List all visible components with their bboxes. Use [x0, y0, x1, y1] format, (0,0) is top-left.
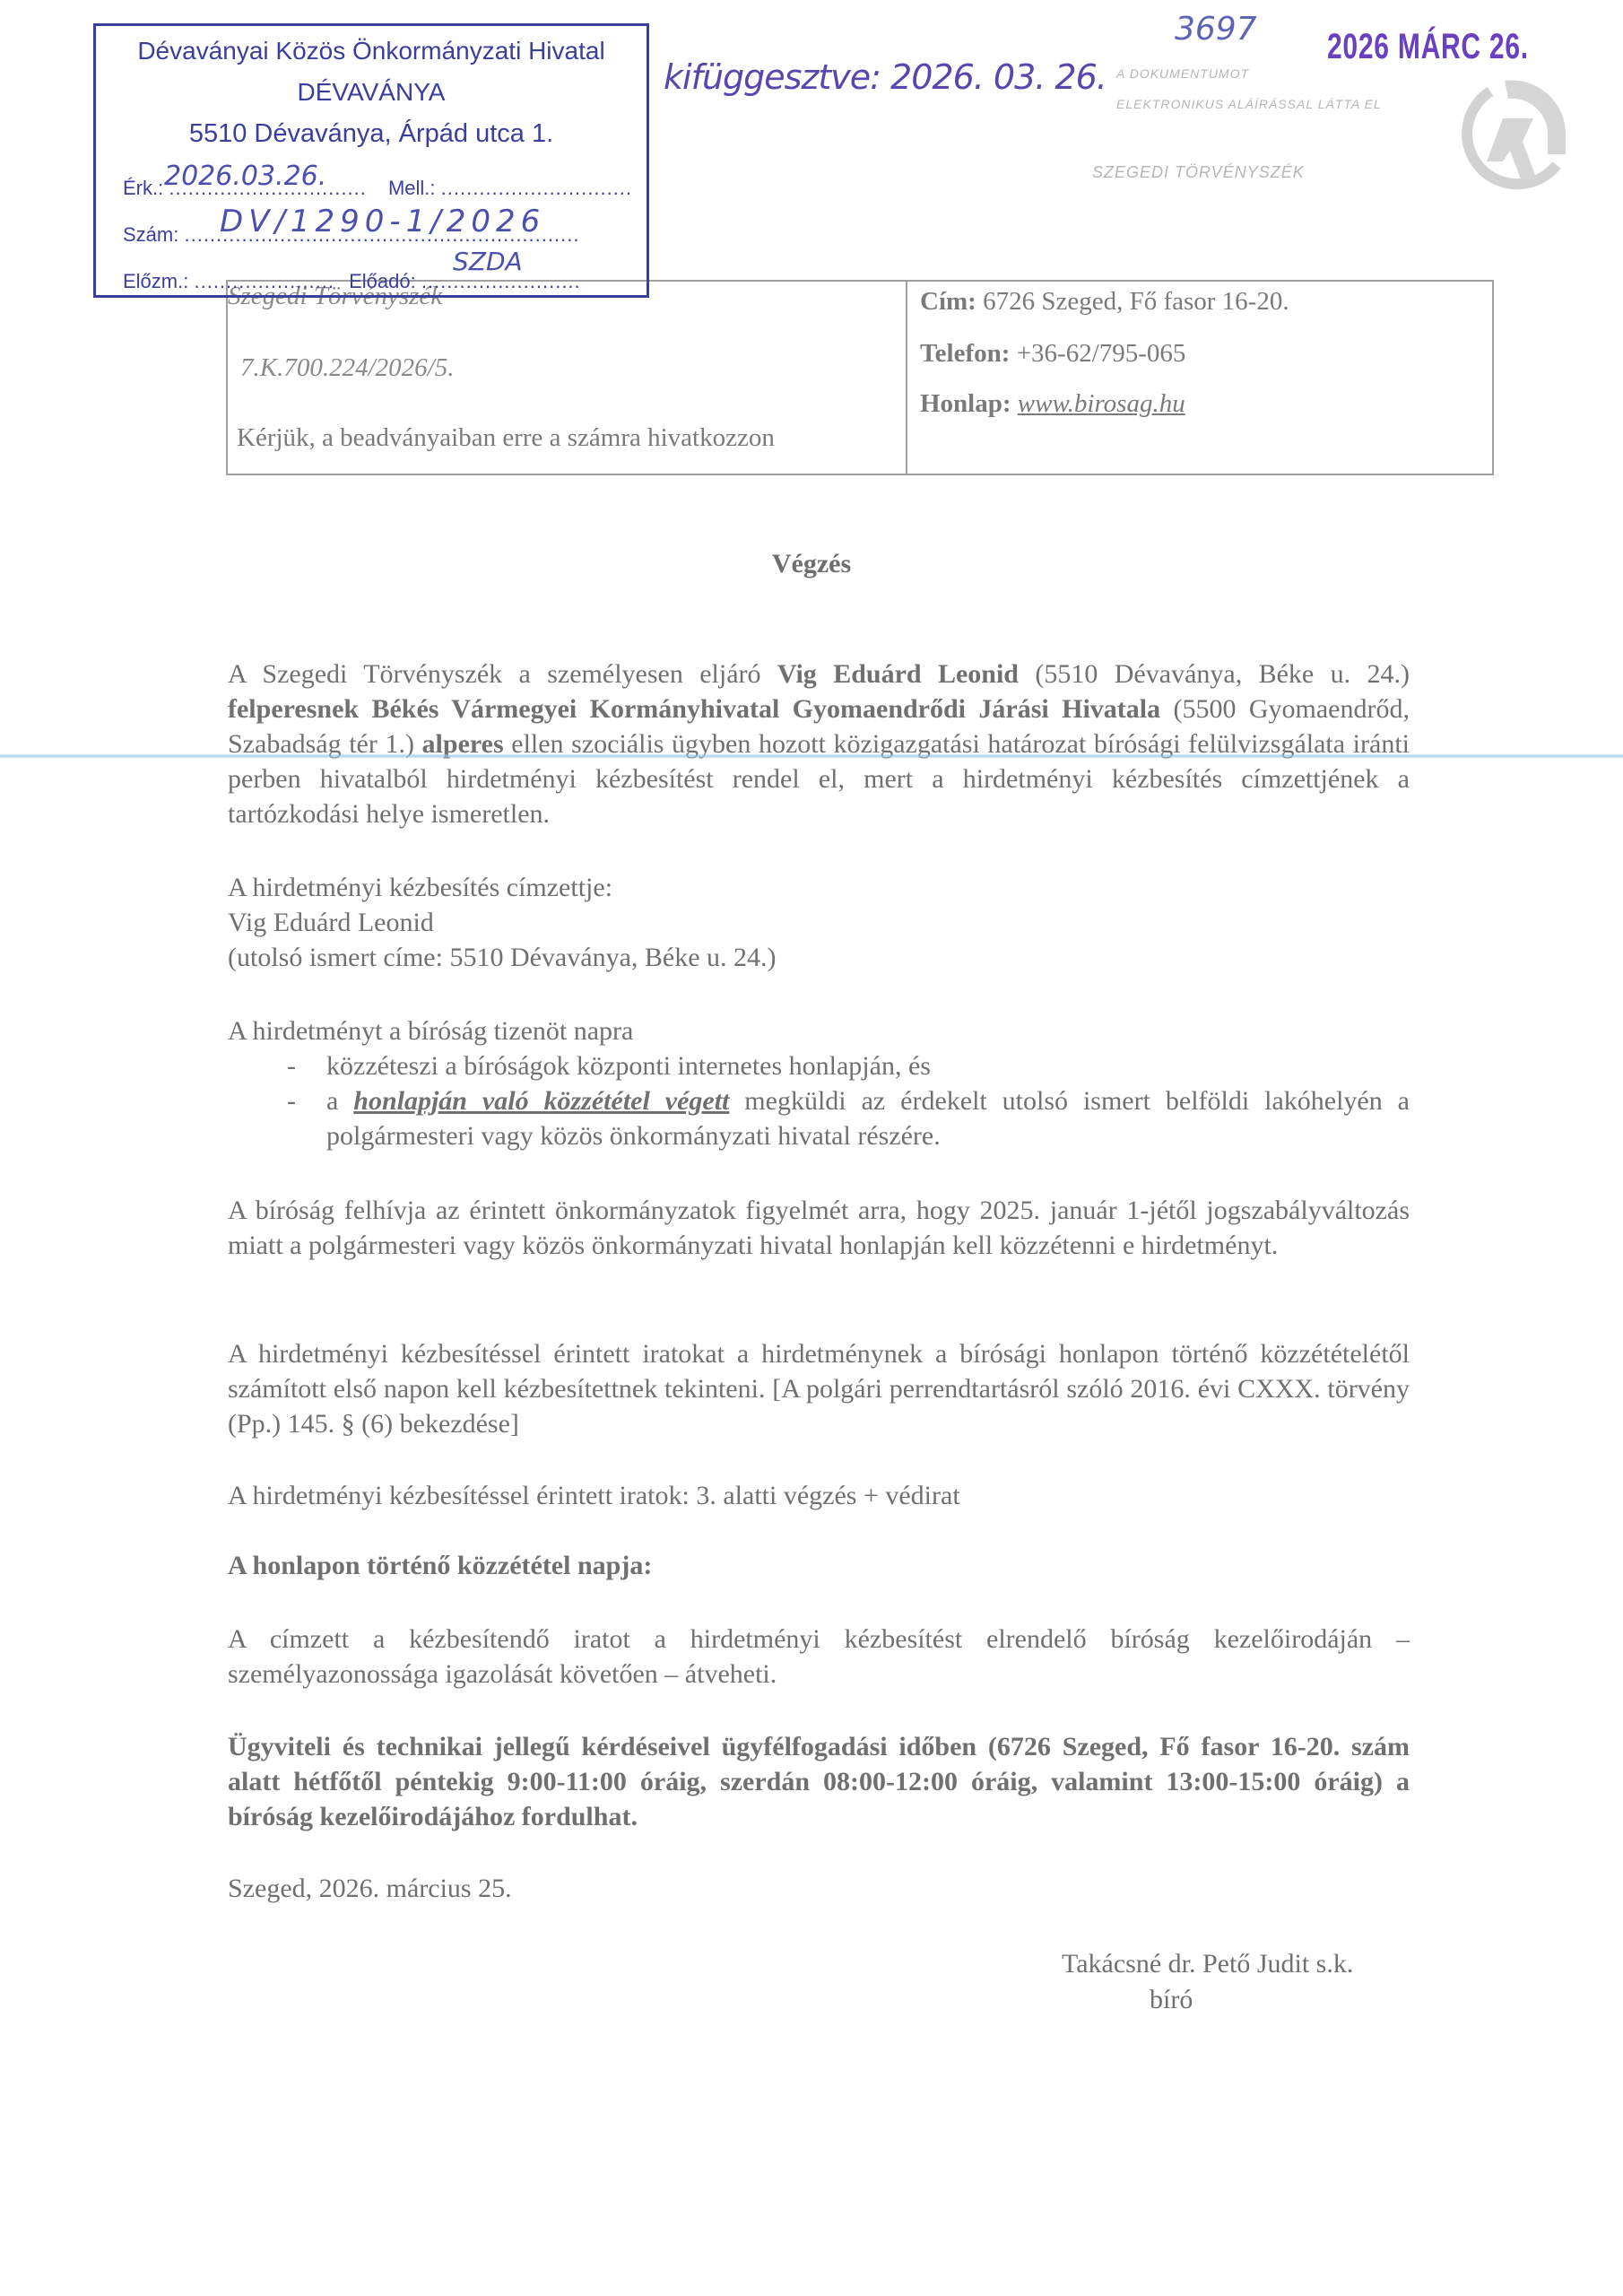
judge-name: Takácsné dr. Pető Judit s.k.: [1062, 1946, 1353, 1982]
judge-title: bíró: [1062, 1982, 1353, 2018]
list-item: -közzéteszi a bíróságok központi interne…: [228, 1048, 1410, 1083]
publication-intro: A hirdetményt a bíróság tizenöt napra: [228, 1013, 1410, 1048]
office-hours-paragraph: Ügyviteli és technikai jellegű kérdéseiv…: [228, 1729, 1410, 1834]
court-phone-label: Telefon:: [920, 339, 1010, 368]
order-paragraph: A Szegedi Törvényszék a személyesen eljá…: [228, 657, 1410, 831]
scan-artifact-line: [0, 753, 1623, 759]
recipient-label: A hirdetményi kézbesítés címzettje:: [228, 870, 1410, 905]
reference-note: Kérjük, a beadványaiban erre a számra hi…: [237, 423, 775, 453]
court-address-value: 6726 Szeged, Fő fasor 16-20.: [983, 287, 1289, 316]
stamp-received-value: 2026.03.26.: [164, 161, 326, 192]
emphasized-phrase: honlapján való közzététel végett: [353, 1086, 729, 1116]
posted-date-handwritten-note: kifüggesztve: 2026. 03. 26.: [664, 57, 1107, 97]
stamp-address: 5510 Dévaványa, Árpád utca 1.: [96, 119, 647, 149]
recipient-address: (utolsó ismert címe: 5510 Dévaványa, Bék…: [228, 940, 1410, 975]
electronic-signature-line-1: A DOKUMENTUMOT: [1116, 66, 1249, 81]
court-header-left: Szegedi Törvényszék 7.K.700.224/2026/5. …: [228, 282, 907, 474]
stamp-previous-label: Előzm.:: [123, 270, 188, 292]
pickup-paragraph: A címzett a kézbesítendő iratot a hirdet…: [228, 1622, 1410, 1692]
court-website: Honlap: www.birosag.hu: [920, 389, 1185, 419]
stamp-office-name: Dévaványai Közös Önkormányzati Hivatal: [96, 37, 647, 65]
list-item: -a honlapján való közzététel végett megk…: [228, 1083, 1410, 1153]
recipient-block: A hirdetményi kézbesítés címzettje: Vig …: [228, 870, 1410, 975]
court-website-label: Honlap:: [920, 389, 1011, 418]
case-number: 7.K.700.224/2026/5.: [240, 353, 454, 383]
stamp-officer-label: Előadó:: [349, 270, 416, 292]
electronic-signature-court: SZEGEDI TÖRVÉNYSZÉK: [1092, 163, 1305, 182]
stamp-city: DÉVAVÁNYA: [96, 78, 647, 107]
stamp-number-value: DV/1290-1/2026: [220, 204, 545, 239]
incoming-registration-stamp: Dévaványai Közös Önkormányzati Hivatal D…: [93, 23, 649, 298]
court-contact-info: Cím: 6726 Szeged, Fő fasor 16-20. Telefo…: [907, 282, 1492, 474]
stamp-officer-value: SZDA: [453, 247, 523, 276]
recipient-name: Vig Eduárd Leonid: [228, 905, 1410, 940]
municipality-notice: A bíróság felhívja az érintett önkormány…: [228, 1193, 1410, 1263]
handwritten-registry-number: 3697: [1175, 11, 1257, 48]
court-phone-value: +36-62/795-065: [1017, 339, 1186, 368]
delivery-effect-paragraph: A hirdetményi kézbesítéssel érintett ira…: [228, 1336, 1410, 1441]
stamp-attachment-label: Mell.:: [388, 177, 436, 199]
court-address-label: Cím:: [920, 287, 976, 316]
publication-block: A hirdetményt a bíróság tizenöt napra -k…: [228, 1013, 1410, 1153]
stamp-number-label: Szám:: [123, 223, 178, 246]
electronic-signature-line-2: ELEKTRONIKUS ALÁÍRÁSSAL LÁTTA EL: [1116, 97, 1382, 111]
plaintiff-defendant: felperesnek Békés Vármegyei Kormányhivat…: [228, 694, 1160, 724]
affected-documents: A hirdetményi kézbesítéssel érintett ira…: [228, 1478, 1410, 1513]
court-address: Cím: 6726 Szeged, Fő fasor 16-20.: [920, 287, 1289, 317]
court-header-box: Szegedi Törvényszék 7.K.700.224/2026/5. …: [226, 280, 1494, 475]
court-phone: Telefon: +36-62/795-065: [920, 339, 1185, 369]
publication-list: -közzéteszi a bíróságok központi interne…: [228, 1048, 1410, 1153]
place-and-date: Szeged, 2026. március 25.: [228, 1871, 1410, 1906]
court-emblem-icon: [1451, 72, 1576, 197]
stamp-received-label: Érk.:: [123, 177, 163, 199]
plaintiff-name: Vig Eduárd Leonid: [777, 659, 1019, 689]
received-date-stamp: 2026 MÁRC 26.: [1327, 27, 1529, 67]
signature-block: Takácsné dr. Pető Judit s.k. bíró: [1062, 1946, 1353, 2018]
document-title: Végzés: [0, 549, 1623, 579]
court-website-link[interactable]: www.birosag.hu: [1018, 389, 1185, 418]
publication-date-label: A honlapon történő közzététel napja:: [228, 1548, 1410, 1583]
